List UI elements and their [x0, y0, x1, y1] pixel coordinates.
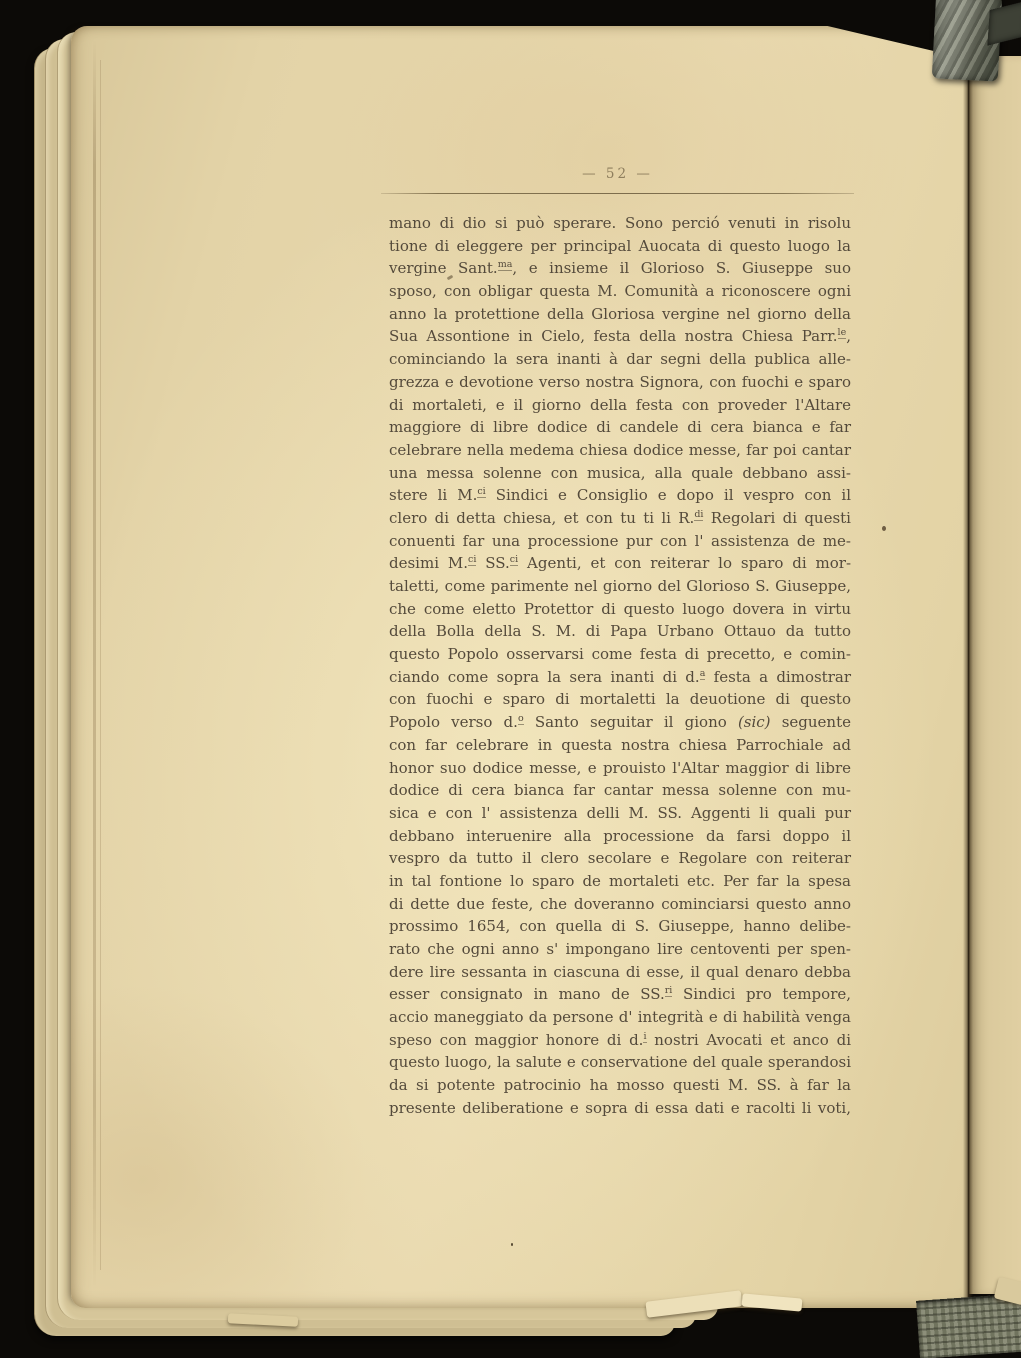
text-block: mano di dio si può sperare. Sono perció …	[389, 212, 851, 1120]
text-line: con fuochi e sparo di mortaletti la deuo…	[389, 688, 851, 711]
text-line: sica e con l' assistenza delli M. SS. Ag…	[389, 802, 851, 825]
text-line: Sua Assontione in Cielo, festa della nos…	[389, 325, 851, 348]
book-scan: — 52 — mano di dio si può sperare. Sono …	[0, 0, 1021, 1358]
text-line: prossimo 1654, con quella di S. Giuseppe…	[389, 915, 851, 938]
text-line: questo luogo, la salute e conservatione …	[389, 1051, 851, 1074]
header-rule	[381, 193, 854, 194]
text-line: esser consignato in mano de SS.ri Sindic…	[389, 983, 851, 1006]
text-line: sposo, con obligar questa M. Comunità a …	[389, 280, 851, 303]
paper-speck	[882, 526, 886, 531]
text-line: vergine Sant.ma, e insieme il Glorioso S…	[389, 257, 851, 280]
text-line: grezza e devotione verso nostra Signora,…	[389, 371, 851, 394]
text-line: vespro da tutto il clero secolare e Rego…	[389, 847, 851, 870]
text-line: una messa solenne con musica, alla quale…	[389, 462, 851, 485]
binding-gutter	[963, 20, 973, 1312]
paper-speck	[511, 1243, 513, 1246]
text-line: honor suo dodice messe, e prouisto l'Alt…	[389, 757, 851, 780]
text-line: dere lire sessanta in ciascuna di esse, …	[389, 961, 851, 984]
text-line: di dette due feste, che doveranno cominc…	[389, 893, 851, 916]
text-line: speso con maggior honore di d.i nostri A…	[389, 1029, 851, 1052]
text-line: conuenti far una processione pur con l' …	[389, 530, 851, 553]
text-line: ciando come sopra la sera inanti di d.a …	[389, 666, 851, 689]
text-line: cominciando la sera inanti à dar segni d…	[389, 348, 851, 371]
page-crease	[100, 60, 101, 1270]
text-line: della Bolla della S. M. di Papa Urbano O…	[389, 620, 851, 643]
facing-page-sliver	[969, 56, 1021, 1294]
text-line: stere li M.ci Sindici e Consiglio e dopo…	[389, 484, 851, 507]
text-line: questo Popolo osservarsi come festa di p…	[389, 643, 851, 666]
text-line: di mortaleti, e il giorno della festa co…	[389, 394, 851, 417]
binding-cloth	[916, 1293, 1021, 1358]
text-line: taletti, come parimente nel giorno del G…	[389, 575, 851, 598]
text-line: con far celebrare in questa nostra chies…	[389, 734, 851, 757]
text-line: dodice di cera bianca far cantar messa s…	[389, 779, 851, 802]
text-line: mano di dio si può sperare. Sono perció …	[389, 212, 851, 235]
text-line: che come eletto Protettor di questo luog…	[389, 598, 851, 621]
text-line: anno la protettione della Gloriosa vergi…	[389, 303, 851, 326]
text-line: rato che ogni anno s' impongano lire cen…	[389, 938, 851, 961]
page-number: — 52 —	[381, 166, 854, 182]
text-line: da si potente patrocinio ha mosso questi…	[389, 1074, 851, 1097]
page-crease	[93, 40, 96, 1290]
text-line: maggiore di libre dodice di candele di c…	[389, 416, 851, 439]
text-line: clero di detta chiesa, et con tu ti li R…	[389, 507, 851, 530]
text-line: presente deliberatione e sopra di essa d…	[389, 1097, 851, 1120]
text-line: tione di eleggere per principal Auocata …	[389, 235, 851, 258]
text-line: celebrare nella medema chiesa dodice mes…	[389, 439, 851, 462]
text-line: desimi M.ci SS.ci Agenti, et con reitera…	[389, 552, 851, 575]
text-line: accio maneggiato da persone d' integrità…	[389, 1006, 851, 1029]
text-line: in tal fontione lo sparo de mortaleti et…	[389, 870, 851, 893]
text-line: debbano interuenire alla processione da …	[389, 825, 851, 848]
text-line: Popolo verso d.o Santo seguitar il giono…	[389, 711, 851, 734]
